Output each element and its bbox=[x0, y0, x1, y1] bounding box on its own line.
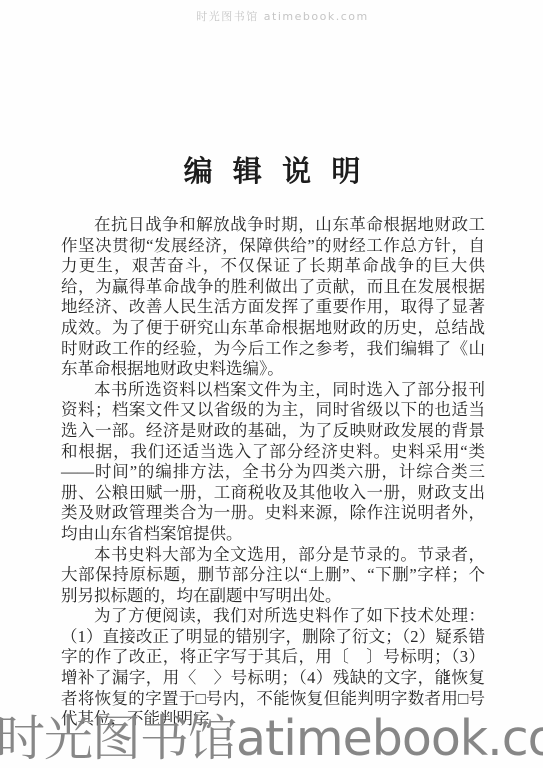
watermark-bottom: 时光图书馆atimebook.com bbox=[0, 700, 543, 768]
watermark-top: 时光图书馆 atimebook.com bbox=[196, 8, 368, 24]
book-page: 时光图书馆 atimebook.com 编 辑 说 明 在抗日战争和解放战争时期… bbox=[0, 0, 543, 768]
document-body: 在抗日战争和解放战争时期，山东革命根据地财政工作坚决贯彻“发展经济，保障供给”的… bbox=[61, 215, 485, 730]
paragraph-sources: 本书所选资料以档案文件为主，同时选入了部分报刊资料；档案文件又以省级的为主，同时… bbox=[61, 380, 485, 545]
page-number: 1 bbox=[443, 669, 451, 686]
paragraph-excerpts: 本书史料大部为全文选用，部分是节录的。节录者，大部保持原标题，删节部分注以“上删… bbox=[61, 545, 485, 607]
paragraph-intro: 在抗日战争和解放战争时期，山东革命根据地财政工作坚决贯彻“发展经济，保障供给”的… bbox=[61, 215, 485, 380]
page-title: 编 辑 说 明 bbox=[61, 149, 485, 190]
